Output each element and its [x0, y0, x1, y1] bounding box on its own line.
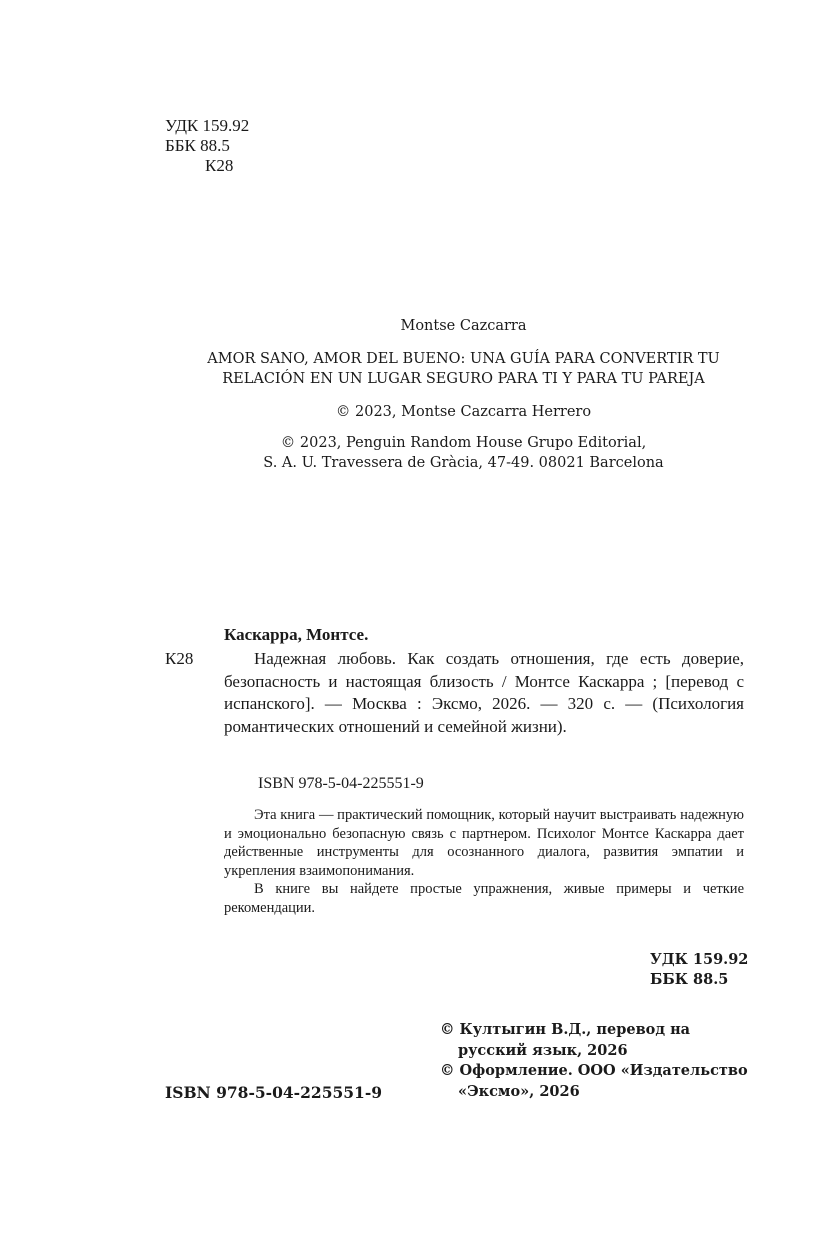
footer-isbn: ISBN 978-5-04-225551-9: [165, 1083, 382, 1103]
annotation-paragraph-2: В книге вы найдете простые упражнения, ж…: [224, 880, 744, 917]
author-mark: К28: [165, 156, 249, 176]
copyright-notices: © Култыгин В.Д., перевод на русский язык…: [440, 1020, 760, 1102]
annotation-paragraph-1: Эта книга — практический помощник, котор…: [224, 806, 744, 880]
bbk-code-bottom: ББК 88.5: [650, 970, 748, 990]
classification-bottom: УДК 159.92 ББК 88.5: [650, 950, 748, 990]
original-author: Montse Cazcarra: [150, 316, 777, 336]
original-title-line-2: RELACIÓN EN UN LUGAR SEGURO PARA TI Y PA…: [150, 369, 777, 389]
copyright-author: © 2023, Montse Cazcarra Herrero: [150, 402, 777, 422]
copyright-translation: © Култыгин В.Д., перевод на русский язык…: [440, 1020, 760, 1061]
record-author-mark: К28: [165, 648, 193, 670]
annotation: Эта книга — практический помощник, котор…: [224, 806, 744, 917]
record-isbn: ISBN 978-5-04-225551-9: [258, 774, 424, 794]
udk-code: УДК 159.92: [165, 116, 249, 136]
copyright-publisher-line-2: S. A. U. Travessera de Gràcia, 47-49. 08…: [150, 453, 777, 473]
record-author-heading: Каскарра, Монтсе.: [224, 624, 368, 646]
copyright-publisher-line-1: © 2023, Penguin Random House Grupo Edito…: [150, 433, 777, 453]
original-title-line-1: AMOR SANO, AMOR DEL BUENO: UNA GUÍA PARA…: [150, 349, 777, 369]
original-edition-info: Montse Cazcarra AMOR SANO, AMOR DEL BUEN…: [150, 316, 777, 473]
udk-code-bottom: УДК 159.92: [650, 950, 748, 970]
copyright-design: © Оформление. ООО «Издательство «Эксмо»,…: [440, 1061, 760, 1102]
bbk-code: ББК 88.5: [165, 136, 249, 156]
classification-top: УДК 159.92 ББК 88.5 К28: [165, 116, 249, 176]
record-description: Надежная любовь. Как создать отношения, …: [224, 648, 744, 738]
